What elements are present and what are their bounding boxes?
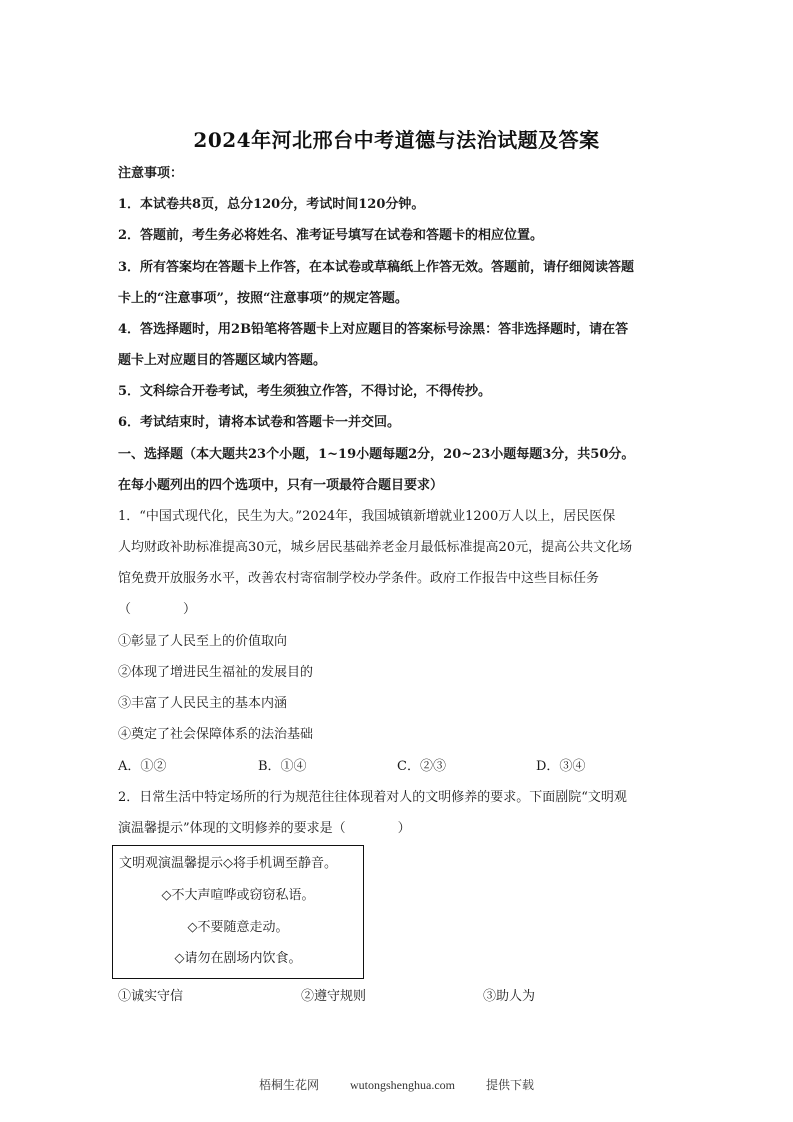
q1-option-c: C．②③ bbox=[397, 758, 446, 776]
q1-statement-4: ④奠定了社会保障体系的法治基础 bbox=[118, 726, 313, 744]
q2-stem-line-2: 演温馨提示”体现的文明修养的要求是（ ） bbox=[118, 820, 411, 838]
theater-notice-line-4: ◇请勿在剧场内饮食。 bbox=[113, 950, 363, 968]
notice-4a: 4．答选择题时，用2B铅笔将答题卡上对应题目的答案标号涂黑：答非选择题时，请在答 bbox=[118, 321, 628, 339]
q1-option-a: A．①② bbox=[118, 758, 166, 776]
q1-stem-line-1: 1．“中国式现代化，民生为大。”2024年，我国城镇新增就业1200万人以上，居… bbox=[118, 508, 615, 526]
notice-3a: 3．所有答案均在答题卡上作答，在本试卷或草稿纸上作答无效。答题前，请仔细阅读答题 bbox=[118, 259, 634, 277]
document-title: 2024年河北邢台中考道德与法治试题及答案 bbox=[0, 124, 793, 153]
footer-site-name: 梧桐生花网 bbox=[259, 1078, 319, 1092]
footer-suffix: 提供下载 bbox=[486, 1078, 534, 1092]
q1-stem-line-3: 馆免费开放服务水平，改善农村寄宿制学校办学条件。政府工作报告中这些目标任务 bbox=[118, 570, 599, 588]
q2-statement-2: ②遵守规则 bbox=[301, 988, 366, 1006]
notice-3b: 卡上的“注意事项”，按照“注意事项”的规定答题。 bbox=[118, 290, 408, 308]
q2-stem-line-1: 2．日常生活中特定场所的行为规范往往体现着对人的文明修养的要求。下面剧院“文明观 bbox=[118, 789, 627, 807]
q1-option-d: D．③④ bbox=[536, 758, 585, 776]
page-footer: 梧桐生花网 wutongshenghua.com 提供下载 bbox=[0, 1076, 793, 1093]
q1-statement-1: ①彰显了人民至上的价值取向 bbox=[118, 633, 287, 651]
section-heading-line-1: 一、选择题（本大题共23个小题，1~19小题每题2分，20~23小题每题3分，共… bbox=[118, 446, 634, 464]
q2-statement-1: ①诚实守信 bbox=[118, 988, 183, 1006]
q1-stem-line-2: 人均财政补助标准提高30元，城乡居民基础养老金月最低标准提高20元，提高公共文化… bbox=[118, 539, 632, 557]
theater-notice-box: 文明观演温馨提示◇将手机调至静音。 ◇不大声喧哗或窃窃私语。 ◇不要随意走动。 … bbox=[112, 845, 364, 979]
notice-6: 6．考试结束时，请将本试卷和答题卡一并交回。 bbox=[118, 414, 400, 432]
notice-4b: 题卡上对应题目的答题区域内答题。 bbox=[118, 352, 326, 370]
section-heading-line-2: 在每小题列出的四个选项中，只有一项最符合题目要求） bbox=[118, 477, 443, 495]
notice-1: 1．本试卷共8页，总分120分，考试时间120分钟。 bbox=[118, 196, 424, 214]
theater-notice-line-2: ◇不大声喧哗或窃窃私语。 bbox=[113, 887, 363, 905]
q2-statement-3: ③助人为 bbox=[483, 988, 535, 1006]
notice-heading: 注意事项： bbox=[118, 165, 183, 183]
notice-2: 2．答题前，考生务必将姓名、准考证号填写在试卷和答题卡的相应位置。 bbox=[118, 227, 543, 245]
theater-notice-line-3: ◇不要随意走动。 bbox=[113, 919, 363, 937]
q1-statement-2: ②体现了增进民生福祉的发展目的 bbox=[118, 664, 313, 682]
theater-notice-line-1: 文明观演温馨提示◇将手机调至静音。 bbox=[119, 855, 369, 873]
q1-option-b: B．①④ bbox=[258, 758, 307, 776]
footer-site-url: wutongshenghua.com bbox=[350, 1078, 455, 1092]
notice-5: 5．文科综合开卷考试，考生须独立作答，不得讨论，不得传抄。 bbox=[118, 383, 491, 401]
q1-statement-3: ③丰富了人民民主的基本内涵 bbox=[118, 695, 287, 713]
q1-answer-blank: （ ） bbox=[118, 601, 196, 619]
document-page: 2024年河北邢台中考道德与法治试题及答案 注意事项： 1．本试卷共8页，总分1… bbox=[0, 0, 793, 1122]
